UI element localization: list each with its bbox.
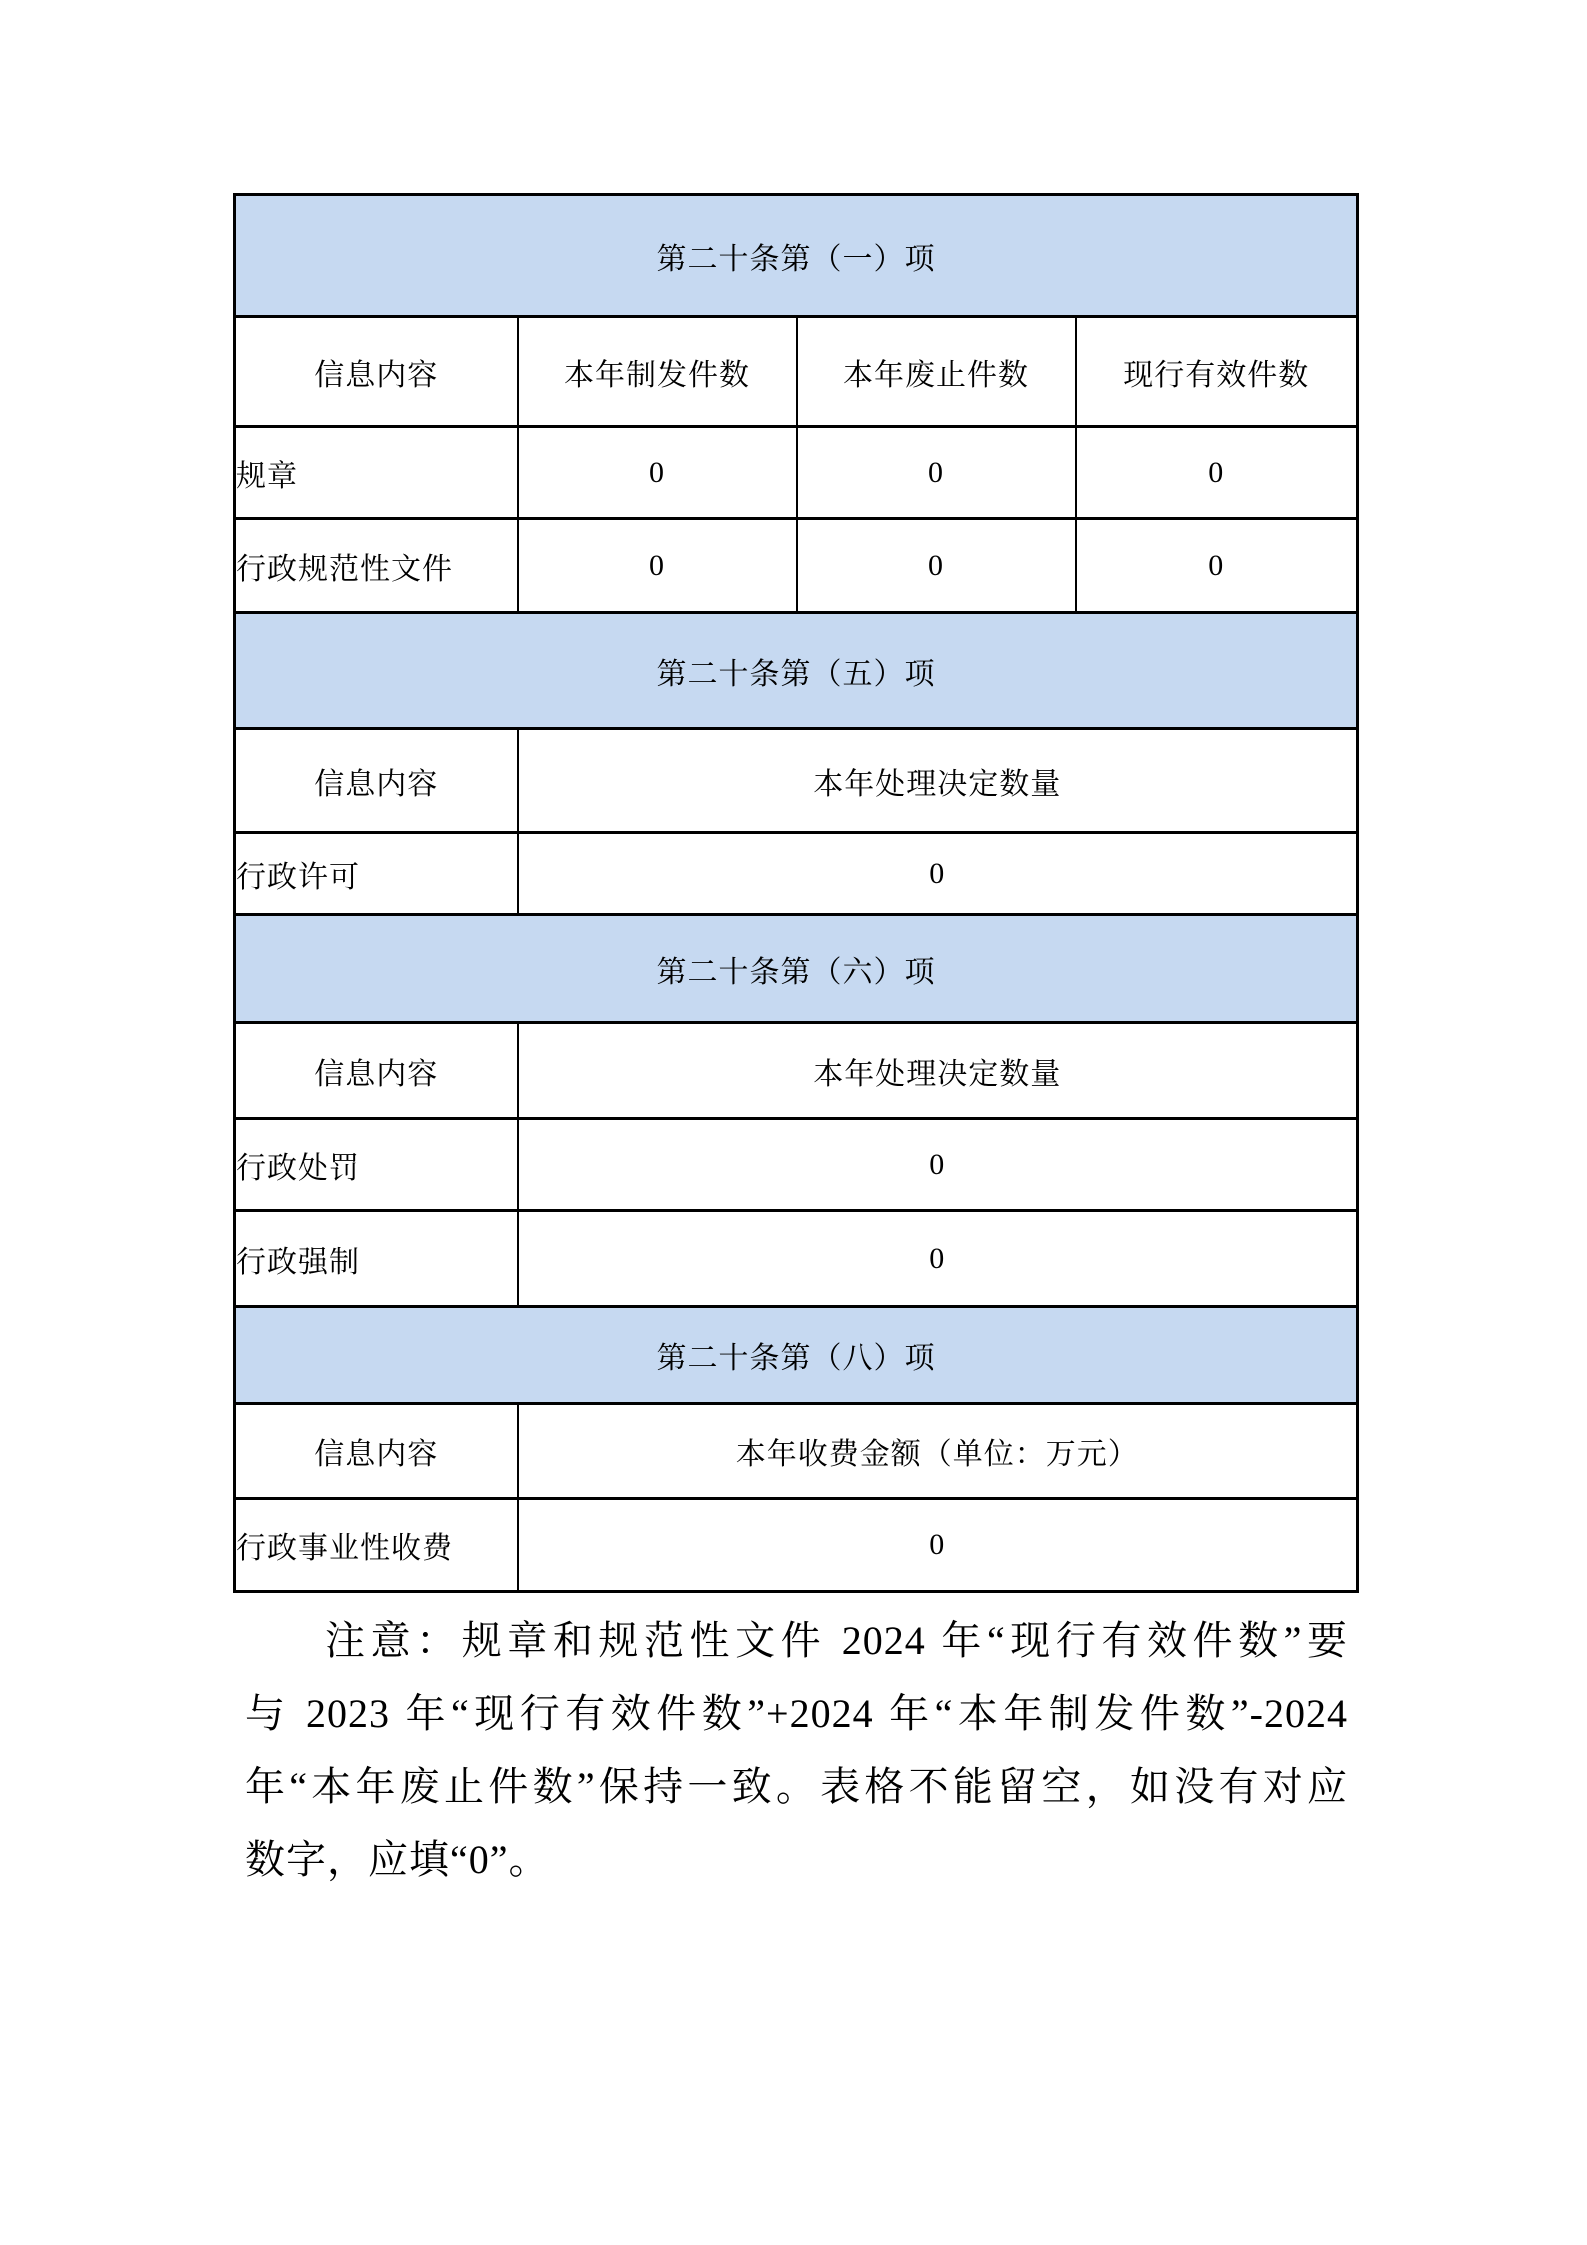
table-row: 行政处罚 0: [235, 1119, 1358, 1211]
cell-value: 0: [797, 519, 1076, 613]
row-label: 行政许可: [235, 833, 518, 915]
table-row: 行政规范性文件 0 0 0: [235, 519, 1358, 613]
section-title-6: 第二十条第（六）项: [235, 915, 1358, 1023]
column-header: 现行有效件数: [1076, 317, 1358, 427]
column-header: 本年收费金额（单位：万元）: [518, 1404, 1358, 1499]
column-header: 信息内容: [235, 1023, 518, 1119]
column-header: 信息内容: [235, 1404, 518, 1499]
note-paragraph: 注意：规章和规范性文件 2024 年“现行有效件数”要 与 2023 年“现行有…: [245, 1604, 1348, 1896]
row-label: 规章: [235, 427, 518, 519]
column-header: 本年制发件数: [518, 317, 797, 427]
cell-value: 0: [1076, 519, 1358, 613]
note-line: 年“本年废止件数”保持一致。表格不能留空，如没有对应: [245, 1750, 1348, 1823]
cell-value: 0: [518, 427, 797, 519]
section-title-5: 第二十条第（五）项: [235, 613, 1358, 729]
cell-value: 0: [797, 427, 1076, 519]
table-row: 行政事业性收费 0: [235, 1499, 1358, 1592]
table-row: 行政许可 0: [235, 833, 1358, 915]
column-header: 信息内容: [235, 317, 518, 427]
document-page: 第二十条第（一）项 信息内容 本年制发件数 本年废止件数 现行有效件数 规章 0…: [0, 0, 1587, 2245]
section-title-8: 第二十条第（八）项: [235, 1307, 1358, 1404]
row-label: 行政处罚: [235, 1119, 518, 1211]
column-header: 本年废止件数: [797, 317, 1076, 427]
row-label: 行政事业性收费: [235, 1499, 518, 1592]
table-row: 行政强制 0: [235, 1211, 1358, 1307]
cell-value: 0: [518, 1499, 1358, 1592]
row-label: 行政规范性文件: [235, 519, 518, 613]
column-header: 本年处理决定数量: [518, 729, 1358, 833]
report-table: 第二十条第（一）项 信息内容 本年制发件数 本年废止件数 现行有效件数 规章 0…: [233, 193, 1359, 1593]
column-header: 信息内容: [235, 729, 518, 833]
note-line: 数字，应填“0”。: [245, 1823, 1348, 1896]
note-line: 与 2023 年“现行有效件数”+2024 年“本年制发件数”-2024: [245, 1677, 1348, 1750]
cell-value: 0: [518, 519, 797, 613]
table-row: 规章 0 0 0: [235, 427, 1358, 519]
cell-value: 0: [518, 1211, 1358, 1307]
row-label: 行政强制: [235, 1211, 518, 1307]
cell-value: 0: [518, 1119, 1358, 1211]
cell-value: 0: [518, 833, 1358, 915]
note-line: 注意：规章和规范性文件 2024 年“现行有效件数”要: [245, 1604, 1348, 1677]
section-title-1: 第二十条第（一）项: [235, 195, 1358, 317]
cell-value: 0: [1076, 427, 1358, 519]
column-header: 本年处理决定数量: [518, 1023, 1358, 1119]
